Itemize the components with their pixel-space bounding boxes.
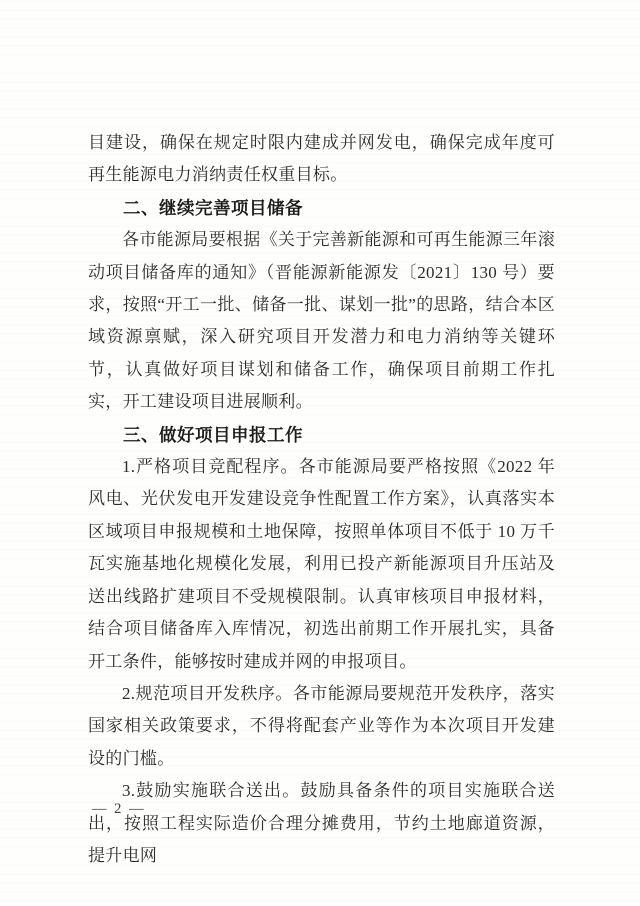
- paragraph-section3-item1: 1.严格项目竞配程序。各市能源局要严格按照《2022 年风电、光伏发电开发建设竞…: [88, 451, 555, 678]
- document-body: 目建设，确保在规定时限内建成并网发电，确保完成年度可再生能源电力消纳责任权重目标…: [88, 127, 555, 872]
- paragraph-section3-item3: 3.鼓励实施联合送出。鼓励具备条件的项目实施联合送出，按照工程实际造价合理分摊费…: [88, 775, 555, 872]
- document-page: 目建设，确保在规定时限内建成并网发电，确保完成年度可再生能源电力消纳责任权重目标…: [0, 0, 640, 906]
- paragraph-continuation: 目建设，确保在规定时限内建成并网发电，确保完成年度可再生能源电力消纳责任权重目标…: [88, 127, 555, 192]
- paragraph-section3-item2: 2.规范项目开发秩序。各市能源局要规范开发秩序，落实国家相关政策要求，不得将配套…: [88, 678, 555, 775]
- section-heading-2: 二、继续完善项目储备: [88, 192, 555, 224]
- paragraph-section2: 各市能源局要根据《关于完善新能源和可再生能源三年滚动项目储备库的通知》（晋能源新…: [88, 224, 555, 418]
- page-number: — 2 —: [92, 801, 146, 818]
- section-heading-3: 三、做好项目申报工作: [88, 419, 555, 451]
